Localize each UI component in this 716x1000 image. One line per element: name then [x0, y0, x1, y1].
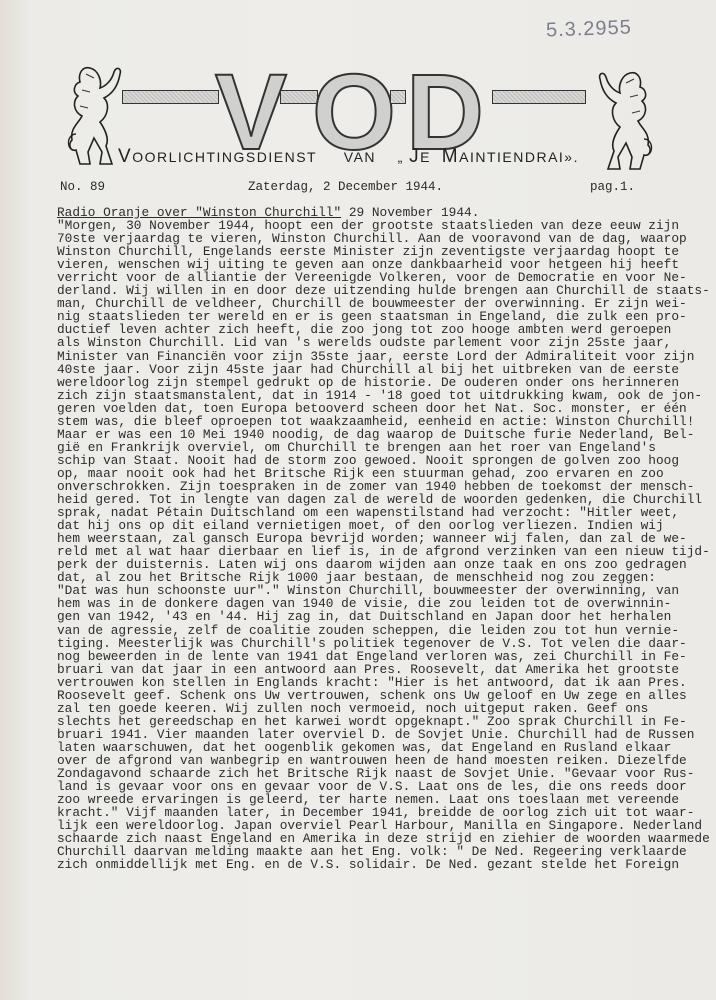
text-line: geren voelden dat, toen Europa betooverd…	[57, 402, 677, 415]
text-line: als Winston Churchill. Lid van 's wereld…	[57, 336, 677, 349]
text-line: 40ste jaar. Voor zijn 45ste jaar had Chu…	[57, 363, 677, 376]
text-line: gië en Frankrijk overviel, om Churchill …	[57, 441, 677, 454]
text-line: schip van Staat. Nooit had de storm zoo …	[57, 454, 677, 467]
text-line: vertrouwen kon stellen in Englands krach…	[57, 676, 677, 689]
text-line: tiging. Meesterlijk was Churchill's poli…	[57, 637, 677, 650]
text-line: zal ten goede keeren. Wij zullen noch ve…	[57, 702, 677, 715]
issue-date: Zaterdag, 2 December 1944.	[248, 180, 443, 194]
text-line: slechts het gereedschap en het karwei wo…	[57, 715, 677, 728]
text-line: bruari 1941. Vier maanden later overviel…	[57, 728, 677, 741]
issue-number: No. 89	[60, 180, 105, 194]
logo-bar-right	[492, 90, 586, 104]
text-line: bruari van dat jaar in een antwoord aan …	[57, 663, 677, 676]
document-page: 5.3.2955 V O D VOORLICHTINGSDIENST VAN „…	[0, 0, 716, 1000]
text-line: van de agressie, zelf de coalitie zouden…	[57, 624, 677, 637]
masthead-tagline: VOORLICHTINGSDIENST VAN „ JE MAINTIENDRA…	[118, 146, 579, 168]
text-line: gen van 1942, '43 en '44. Hij zag in, da…	[57, 610, 677, 623]
heraldic-lion-icon	[590, 65, 660, 175]
text-line: Roosevelt geef. Schenk ons Uw vertrouwen…	[57, 689, 677, 702]
text-line: stem was, die bleef oproepen tot waakzaa…	[57, 415, 677, 428]
article-body: Radio Oranje over "Winston Churchill" 29…	[57, 206, 677, 871]
logo-bar-mid2	[390, 90, 406, 104]
text-line: laten waarschuwen, dat het oogenblik gek…	[57, 741, 677, 754]
article-text: "Morgen, 30 November 1944, hoopt een der…	[57, 219, 677, 871]
masthead: V O D VOORLICHTINGSDIENST VAN „ JE MAINT…	[60, 60, 660, 170]
text-line: Minister van Financiën voor zijn 35ste j…	[57, 350, 677, 363]
text-line: Maar er was een 10 Mei 1940 noodig, de d…	[57, 428, 677, 441]
logo-bar-left	[122, 90, 219, 104]
text-line: nog beweerden in de lente van 1941 dat E…	[57, 650, 677, 663]
page-number: pag.1.	[590, 180, 635, 194]
text-line: zich onmiddellijk met Eng. en de V.S. so…	[57, 858, 677, 871]
archive-number-annotation: 5.3.2955	[546, 17, 633, 43]
text-line: zich zijn staatsmanstalent, dat in 1914 …	[57, 389, 677, 402]
text-line: wereldoorlog zijn stempel gedrukt op de …	[57, 376, 677, 389]
